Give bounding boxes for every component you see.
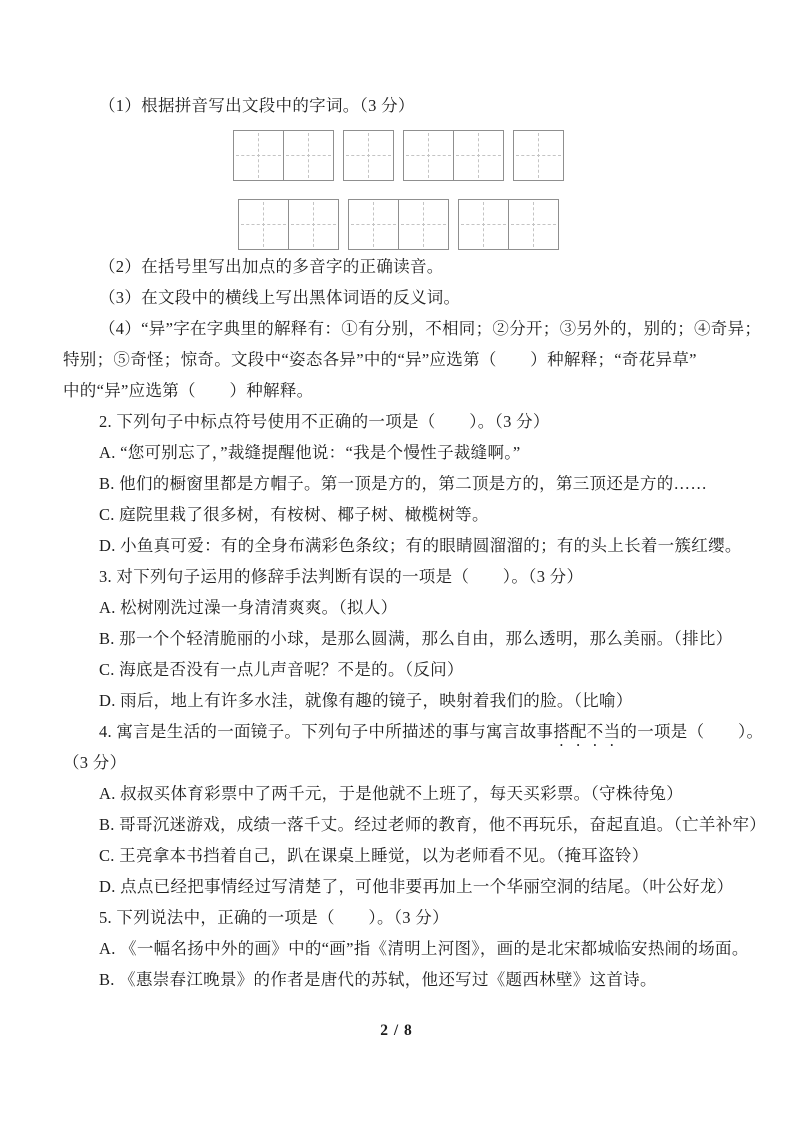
exam-content: （1）根据拼音写出文段中的字词。（3 分） （2）在括号里写出加点的多音字的正确… — [63, 90, 745, 995]
sub-question-4-line-3: 中的“异”应选第（ ）种解释。 — [63, 375, 745, 406]
writing-grid-group — [233, 130, 334, 181]
writing-grid-cell — [234, 131, 283, 180]
question-4-option-d: D. 点点已经把事情经过写清楚了，可他非要再加上一个华丽空洞的结尾。（叶公好龙） — [63, 871, 745, 902]
writing-grid-group — [348, 199, 449, 250]
question-2-option-b: B. 他们的橱窗里都是方帽子。第一顶是方的，第二顶是方的，第三顶还是方的…… — [63, 468, 745, 499]
question-5-stem: 5. 下列说法中，正确的一项是（ ）。（3 分） — [63, 902, 745, 933]
writing-grid-group — [403, 130, 504, 181]
writing-grid-cell — [239, 200, 288, 249]
question-4-option-c: C. 王亮拿本书挡着自己，趴在课桌上睡觉，以为老师看不见。（掩耳盗铃） — [63, 840, 745, 871]
question-3-stem: 3. 对下列句子运用的修辞手法判断有误的一项是（ ）。（3 分） — [63, 561, 745, 592]
question-3-option-a: A. 松树刚洗过澡一身清清爽爽。（拟人） — [63, 592, 745, 623]
writing-grid-cell — [288, 200, 338, 249]
writing-grid-group — [513, 130, 564, 181]
question-5-option-a: A. 《一幅名扬中外的画》中的“画”指《清明上河图》，画的是北宋都城临安热闹的场… — [63, 933, 745, 964]
writing-grid-cell — [398, 200, 448, 249]
question-3-option-b: B. 那一个个轻清脆丽的小球，是那么圆满，那么自由，那么透明，那么美丽。（排比） — [63, 623, 745, 654]
question-2-option-d: D. 小鱼真可爱：有的全身布满彩色条纹；有的眼睛圆溜溜的；有的头上长着一簇红缨。 — [63, 530, 745, 561]
exam-page: （1）根据拼音写出文段中的字词。（3 分） （2）在括号里写出加点的多音字的正确… — [0, 0, 793, 1122]
question-4-option-a: A. 叔叔买体育彩票中了两千元，于是他就不上班了，每天买彩票。（守株待兔） — [63, 778, 745, 809]
sub-question-4-line-1: （4）“异”字在字典里的解释有：①有分别，不相同；②分开；③另外的，别的；④奇异… — [63, 313, 745, 344]
writing-grid-group — [343, 130, 394, 181]
writing-grid-cell — [453, 131, 503, 180]
sub-question-2: （2）在括号里写出加点的多音字的正确读音。 — [63, 251, 745, 282]
question-4-stem: 4. 寓言是生活的一面镜子。下列句子中所描述的事与寓言故事搭配不当的一项是（ ）… — [63, 716, 745, 747]
page-footer: 2 / 8 — [0, 1022, 793, 1040]
writing-grid-row-2 — [238, 199, 745, 250]
writing-grid-group — [238, 199, 339, 250]
question-3-option-c: C. 海底是否没有一点儿声音呢？不是的。（反问） — [63, 654, 745, 685]
sub-question-3: （3）在文段中的横线上写出黑体词语的反义词。 — [63, 282, 745, 313]
question-2-stem: 2. 下列句子中标点符号使用不正确的一项是（ ）。（3 分） — [63, 406, 745, 437]
question-4-stem-continuation: （3 分） — [63, 747, 745, 778]
writing-grid-cell — [404, 131, 453, 180]
question-4-emphasized-phrase: 搭配不当 — [553, 722, 620, 741]
writing-grid-cell — [508, 200, 558, 249]
writing-grid-cell — [344, 131, 393, 180]
question-4-option-b: B. 哥哥沉迷游戏，成绩一落千丈。经过老师的教育，他不再玩乐，奋起直追。（亡羊补… — [63, 809, 745, 840]
sub-question-4-line-2: 特别；⑤奇怪；惊奇。文段中“姿态各异”中的“异”应选第（ ）种解释；“奇花异草” — [63, 344, 745, 375]
question-4-stem-pre: 4. 寓言是生活的一面镜子。下列句子中所描述的事与寓言故事 — [99, 722, 553, 741]
question-4-stem-post: 的一项是（ ）。 — [620, 722, 763, 741]
writing-grid-group — [458, 199, 559, 250]
question-2-option-c: C. 庭院里栽了很多树，有桉树、椰子树、橄榄树等。 — [63, 499, 745, 530]
question-3-option-d: D. 雨后，地上有许多水洼，就像有趣的镜子，映射着我们的脸。（比喻） — [63, 685, 745, 716]
question-2-option-a: A. “您可别忘了，”裁缝提醒他说：“我是个慢性子裁缝啊。” — [63, 437, 745, 468]
writing-grid-row-1 — [233, 130, 745, 181]
writing-grid-cell — [514, 131, 563, 180]
writing-grid-cell — [349, 200, 398, 249]
sub-question-1: （1）根据拼音写出文段中的字词。（3 分） — [63, 90, 745, 121]
question-5-option-b: B. 《惠崇春江晚景》的作者是唐代的苏轼，他还写过《题西林壁》这首诗。 — [63, 964, 745, 995]
writing-grid-cell — [459, 200, 508, 249]
page-number: 2 / 8 — [380, 1022, 413, 1039]
writing-grid-cell — [283, 131, 333, 180]
